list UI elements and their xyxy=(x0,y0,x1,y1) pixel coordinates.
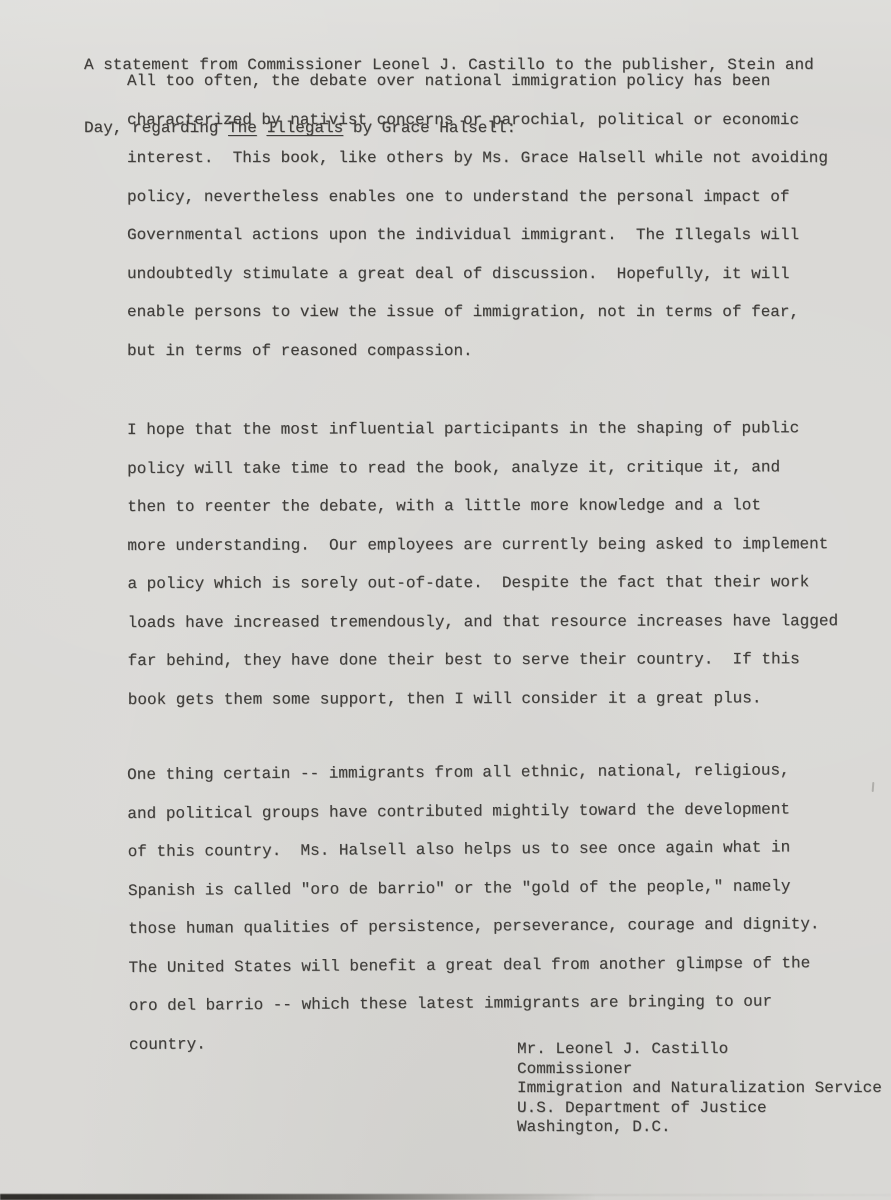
text-line: of this country. Ms. Halsell also helps … xyxy=(128,828,820,871)
text-line: oro del barrio -- which these latest imm… xyxy=(129,982,821,1025)
paragraph-3: One thing certain -- immigrants from all… xyxy=(127,751,820,1064)
text-line: I hope that the most influential partici… xyxy=(127,409,838,449)
text-line: and political groups have contributed mi… xyxy=(127,790,819,833)
text-line: U.S. Department of Justice xyxy=(517,1099,882,1119)
text-line: Mr. Leonel J. Castillo xyxy=(517,1040,882,1060)
paragraph-2: I hope that the most influential partici… xyxy=(127,409,838,719)
signature-block: Mr. Leonel J. CastilloCommissionerImmigr… xyxy=(517,1040,882,1138)
scan-bottom-strip xyxy=(0,1194,620,1200)
text-line: but in terms of reasoned compassion. xyxy=(127,332,828,371)
text-line: One thing certain -- immigrants from all… xyxy=(127,751,819,794)
text-line: policy, nevertheless enables one to unde… xyxy=(127,178,828,217)
text-line: characterized by nativist concerns or pa… xyxy=(127,101,828,140)
text-line: more understanding. Our employees are cu… xyxy=(127,525,838,565)
text-line: Spanish is called "oro de barrio" or the… xyxy=(128,867,820,910)
text-line: interest. This book, like others by Ms. … xyxy=(127,139,828,178)
text-line: book gets them some support, then I will… xyxy=(128,679,839,719)
text-line: far behind, they have done their best to… xyxy=(128,640,839,680)
text-line: All too often, the debate over national … xyxy=(127,62,828,101)
text-line: The United States will benefit a great d… xyxy=(128,944,820,987)
text-line: those human qualities of persistence, pe… xyxy=(128,905,820,948)
text-line: policy will take time to read the book, … xyxy=(127,448,838,488)
text-line: then to reenter the debate, with a littl… xyxy=(127,486,838,526)
text-line: undoubtedly stimulate a great deal of di… xyxy=(127,255,828,294)
text-line: a policy which is sorely out-of-date. De… xyxy=(127,563,838,603)
text-line: loads have increased tremendously, and t… xyxy=(128,602,839,642)
text-line: Governmental actions upon the individual… xyxy=(127,216,828,255)
scan-artifact-mark xyxy=(872,782,875,792)
text-line: Immigration and Naturalization Service xyxy=(517,1079,882,1099)
text-line: Washington, D.C. xyxy=(517,1118,882,1138)
text-line: Commissioner xyxy=(517,1060,882,1080)
scanned-document-page: { "page": { "background_color": "#d9d8d5… xyxy=(0,0,891,1200)
text-line: enable persons to view the issue of immi… xyxy=(127,293,828,332)
paragraph-1: All too often, the debate over national … xyxy=(127,62,828,370)
